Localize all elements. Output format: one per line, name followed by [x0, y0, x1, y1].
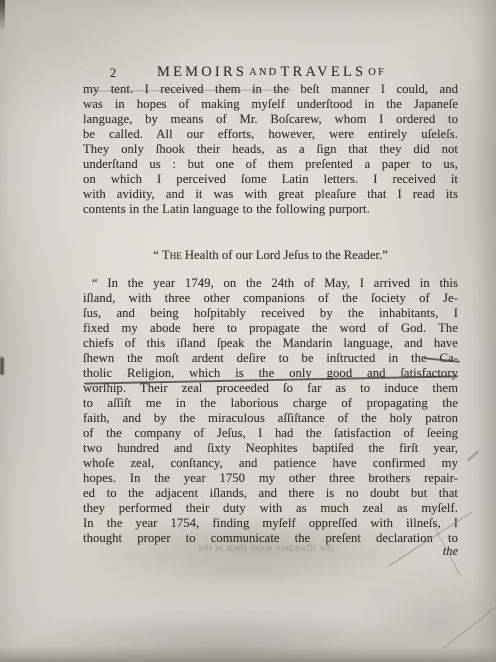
paragraph-continuation: my tent. I received them in the beſt man… [83, 82, 458, 217]
opening-quote: “ [153, 248, 162, 262]
text-line: of the company of Jeſus, I had the ſatis… [83, 426, 458, 441]
showthrough-text: the iſlanders were then at the [148, 543, 383, 554]
running-title-word: OF [368, 67, 386, 78]
salutation-smallcaps-word: The [162, 248, 182, 262]
salutation-text: Health of our Lord Jeſus to the Reader.” [182, 248, 388, 262]
text-line: was in hopes of making myſelf underſtood… [83, 97, 458, 112]
text-line-struck: tholic Religion, which is the only good … [83, 366, 458, 381]
text-line: iſland, with three other companions of t… [83, 291, 458, 306]
text-line: on which I perceived ſome Latin letters.… [83, 172, 458, 187]
text-line: they performed their duty with as much z… [83, 501, 458, 516]
scan-right-shadow [472, 0, 496, 662]
text-line: contents in the Latin language to the fo… [83, 202, 458, 217]
text-line: fixed my abode here to propagate the wor… [83, 321, 458, 336]
text-line: ed to the adjacent iſlands, and there is… [83, 486, 458, 501]
text-line: whoſe zeal, conſtancy, and patience have… [83, 456, 458, 471]
text-line: “ In the year 1749, on the 24th of May, … [83, 276, 458, 291]
running-title: MEMOIRSANDTRAVELSOF [157, 63, 388, 81]
text-line: hopes. In the year 1750 my other three b… [83, 471, 458, 486]
text-line: two hundred and ſixty Neophites baptiſed… [83, 441, 458, 456]
running-title-word: TRAVELS [280, 64, 366, 80]
text-line: chiefs of this iſland ſpeak the Mandarin… [83, 336, 458, 351]
text-line: be called. All our efforts, however, wer… [83, 127, 458, 142]
letter-body-paragraph: “ In the year 1749, on the 24th of May, … [83, 276, 458, 546]
scan-edge-notch [0, 357, 4, 375]
page-header: 2 MEMOIRSANDTRAVELSOF [83, 63, 458, 81]
text-line: my tent. I received them in the beſt man… [83, 82, 458, 97]
text-line: In the year 1754, finding myſelf oppreſſ… [83, 516, 458, 531]
scanned-book-page: 2 MEMOIRSANDTRAVELSOF my tent. I receive… [0, 0, 496, 662]
text-line: worſhip. Their zeal proceeded ſo far as … [83, 381, 458, 396]
running-title-word: MEMOIRS [157, 64, 247, 80]
text-line: to aſſiſt me in the laborious charge of … [83, 396, 458, 411]
letter-salutation: “ The Health of our Lord Jeſus to the Re… [83, 248, 458, 263]
text-line: faith, and by the miraculous aſſiſtance … [83, 411, 458, 426]
text-line: underſtand us : but one of them preſente… [83, 157, 458, 172]
page-number: 2 [110, 66, 116, 81]
text-line: with avidity, and it was with great plea… [83, 187, 458, 202]
text-line: They only ſhook their heads, as a ſign t… [83, 142, 458, 157]
text-line: ſus, and being hoſpitably received by th… [83, 306, 458, 321]
text-line: ſhewn the moſt ardent deſire to be inſtr… [83, 351, 458, 366]
running-title-word: AND [249, 67, 278, 78]
scan-bottom-shadow [0, 646, 496, 662]
scan-edge-dark-sliver [0, 0, 5, 32]
text-line: language, by means of Mr. Boſcarew, whom… [83, 112, 458, 127]
